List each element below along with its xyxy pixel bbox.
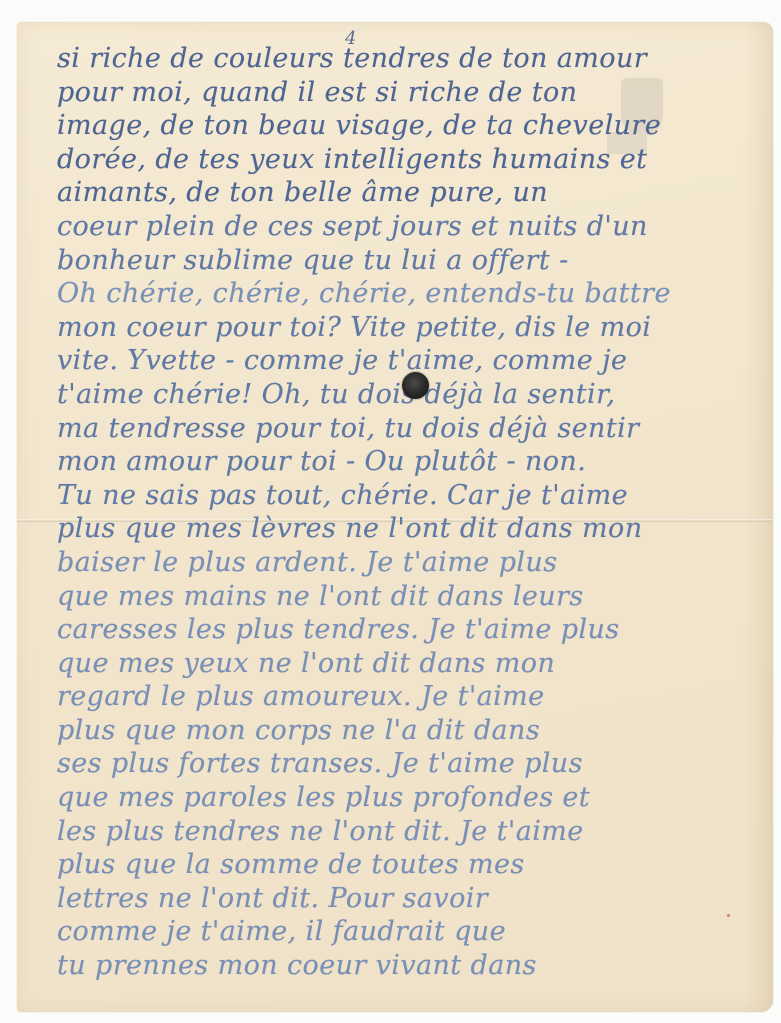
text-line: que mes mains ne l'ont dit dans leurs (57, 580, 767, 614)
text-line: mon coeur pour toi? Vite petite, dis le … (57, 311, 767, 345)
text-line: plus que la somme de toutes mes (57, 848, 767, 882)
text-line: aimants, de ton belle âme pure, un (57, 176, 767, 210)
text-line: lettres ne l'ont dit. Pour savoir (57, 882, 767, 916)
text-line: coeur plein de ces sept jours et nuits d… (57, 210, 767, 244)
text-line: les plus tendres ne l'ont dit. Je t'aime (57, 815, 767, 849)
text-line: Tu ne sais pas tout, chérie. Car je t'ai… (57, 479, 767, 513)
text-line: ma tendresse pour toi, tu dois déjà sent… (57, 412, 767, 446)
text-line: Oh chérie, chérie, chérie, entends-tu ba… (57, 277, 767, 311)
text-line: que mes yeux ne l'ont dit dans mon (57, 647, 767, 681)
punched-hole (402, 372, 429, 399)
text-line: ses plus fortes transes. Je t'aime plus (57, 747, 767, 781)
text-line: si riche de couleurs tendres de ton amou… (57, 42, 767, 76)
text-line: tu prennes mon coeur vivant dans (57, 949, 767, 983)
text-line: plus que mon corps ne l'a dit dans (57, 714, 767, 748)
text-line: image, de ton beau visage, de ta chevelu… (57, 109, 767, 143)
text-line: dorée, de tes yeux intelligents humains … (57, 143, 767, 177)
text-line: mon amour pour toi - Ou plutôt - non. (57, 445, 767, 479)
handwritten-text: si riche de couleurs tendres de ton amou… (57, 42, 767, 983)
ink-spot (727, 914, 730, 917)
scanned-page: 4 si riche de couleurs tendres de ton am… (0, 0, 781, 1023)
text-line: regard le plus amoureux. Je t'aime (57, 680, 767, 714)
text-line: que mes paroles les plus profondes et (57, 781, 767, 815)
text-line: pour moi, quand il est si riche de ton (57, 76, 767, 110)
text-line: plus que mes lèvres ne l'ont dit dans mo… (57, 512, 767, 546)
text-line: caresses les plus tendres. Je t'aime plu… (57, 613, 767, 647)
text-line: bonheur sublime que tu lui a offert - (57, 244, 767, 278)
letter-sheet: 4 si riche de couleurs tendres de ton am… (17, 22, 773, 1012)
text-line: comme je t'aime, il faudrait que (57, 915, 767, 949)
text-line: baiser le plus ardent. Je t'aime plus (57, 546, 767, 580)
